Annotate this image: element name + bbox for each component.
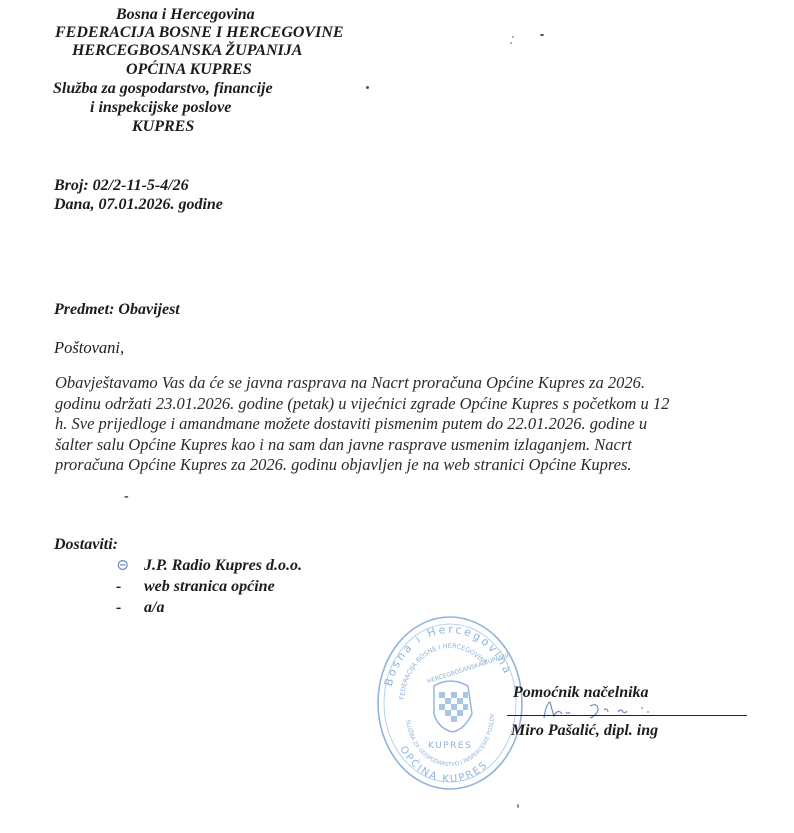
scan-speck [512, 36, 514, 38]
dash-bullet: - [116, 576, 132, 597]
circled-minus-icon: ⊝ [116, 555, 132, 576]
body-line: Obavještavamo Vas da će se javna rasprav… [55, 373, 745, 394]
header-department-line2: i inspekcijske poslove [90, 99, 231, 118]
body-line: šalter salu Općine Kupres kao i na sam d… [55, 435, 745, 456]
header-federation: FEDERACIJA BOSNE I HERCEGOVINE [55, 24, 344, 43]
header-city: KUPRES [132, 118, 194, 137]
salutation: Poštovani, [54, 338, 124, 358]
distribution-list: ⊝ J.P. Radio Kupres d.o.o. - web stranic… [116, 555, 302, 618]
reference-date: Dana, 07.01.2026. godine [54, 196, 223, 215]
scan-speck [510, 42, 512, 44]
body-line: godinu održati 23.01.2026. godine (petak… [55, 394, 745, 415]
signatory-name: Miro Pašalić, dipl. ing [511, 722, 658, 741]
distribution-label: Dostaviti: [54, 536, 118, 555]
signature-line [507, 715, 747, 716]
scan-speck [366, 86, 369, 89]
subject: Predmet: Obavijest [54, 301, 180, 320]
body-line: h. Sve prijedloge i amandmane možete dos… [55, 414, 745, 435]
recipient-item: ⊝ J.P. Radio Kupres d.o.o. [116, 555, 302, 576]
header-country: Bosna i Hercegovina [116, 6, 255, 25]
header-department-line1: Služba za gospodarstvo, financije [53, 80, 273, 99]
recipient-text: a/a [144, 599, 164, 616]
scan-speck [540, 34, 544, 36]
body-line: proračuna Općine Kupres za 2026. godinu … [55, 455, 745, 476]
body-paragraph: Obavještavamo Vas da će se javna rasprav… [55, 373, 745, 476]
scan-speck [517, 804, 519, 808]
recipient-item: - a/a [116, 597, 302, 618]
header-canton: HERCEGBOSANSKA ŽUPANIJA [72, 42, 302, 61]
official-stamp: Bosna i Hercegovina FEDERACIJA BOSNE I H… [376, 614, 524, 792]
stamp-seal-icon: Bosna i Hercegovina FEDERACIJA BOSNE I H… [376, 614, 524, 792]
recipient-item: - web stranica općine [116, 576, 302, 597]
stray-dash: - [124, 489, 129, 505]
recipient-text: web stranica općine [144, 578, 275, 595]
recipient-text: J.P. Radio Kupres d.o.o. [144, 557, 302, 574]
dash-bullet: - [116, 597, 132, 618]
reference-number: Broj: 02/2-11-5-4/26 [54, 177, 189, 196]
handwritten-signature-icon [540, 700, 690, 722]
header-municipality: OPĆINA KUPRES [126, 61, 252, 80]
svg-text:KUPRES: KUPRES [428, 741, 472, 751]
